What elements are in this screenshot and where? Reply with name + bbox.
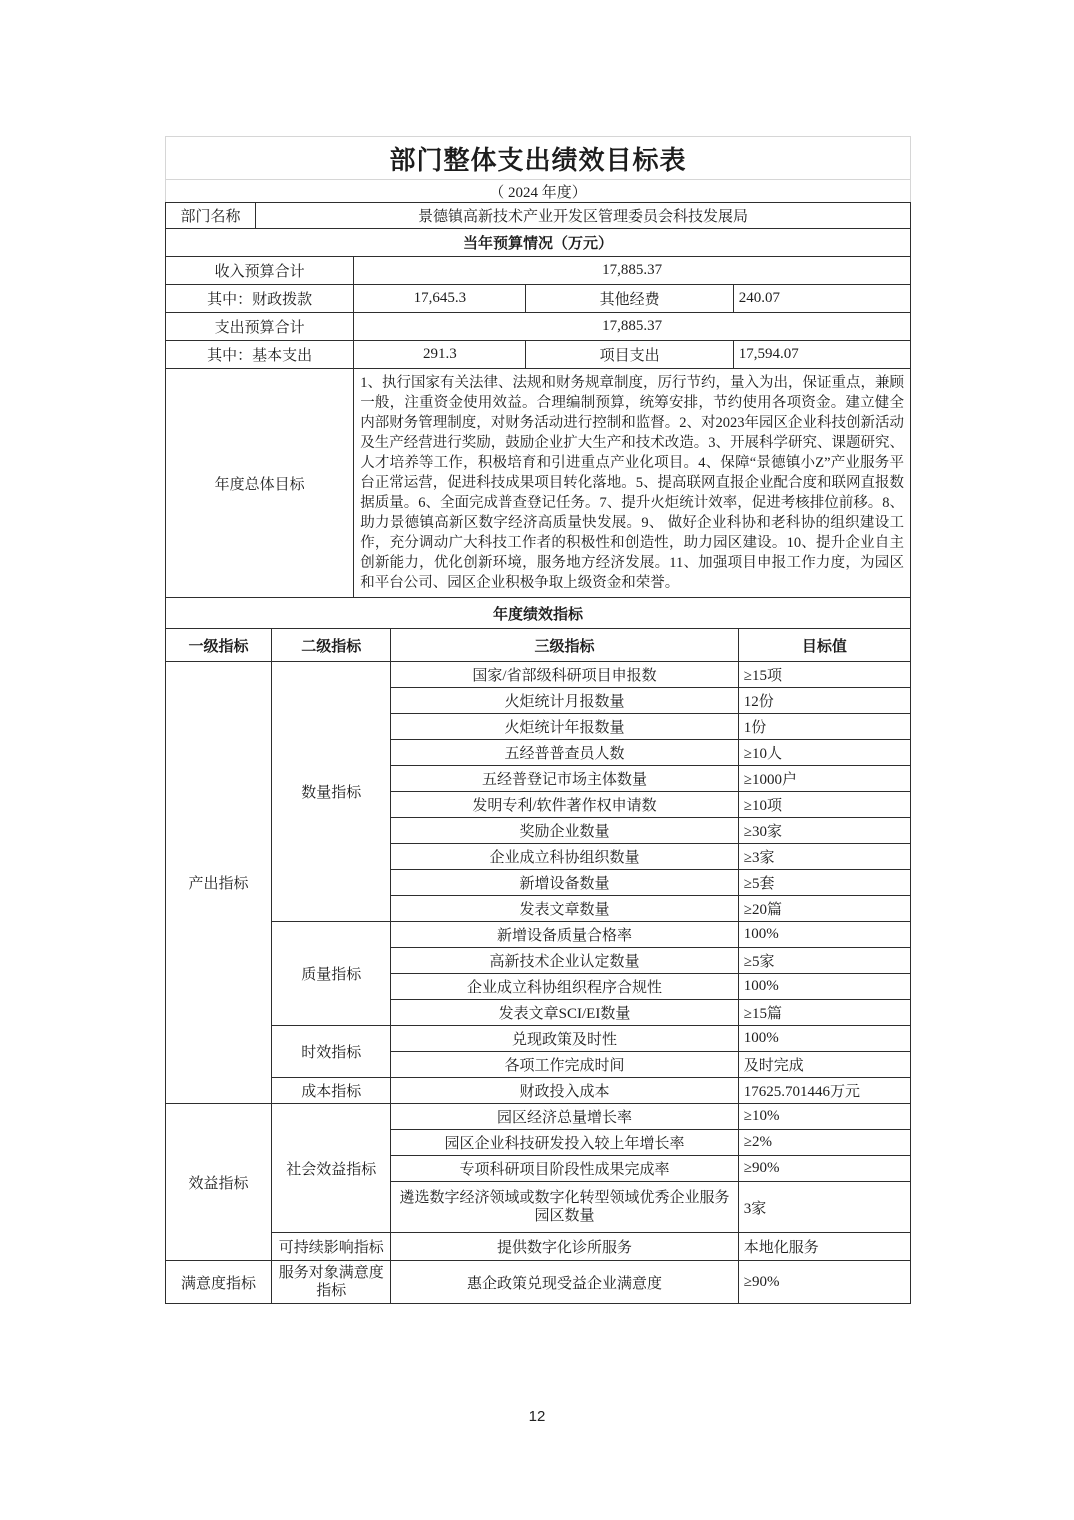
level1-benefit-cell: 效益指标 — [166, 1104, 272, 1261]
indicator-target-cell: 17625.701446万元 — [738, 1078, 910, 1104]
annual-target-text: 1、执行国家有关法律、法规和财务规章制度，厉行节约，量入为出，保证重点，兼顾一般… — [354, 369, 911, 598]
indicator-target-cell: ≥10人 — [738, 740, 910, 766]
indicator-row: 满意度指标 服务对象满意度指标 惠企政策兑现受益企业满意度 ≥90% — [166, 1261, 911, 1304]
income-total-value: 17,885.37 — [354, 257, 911, 285]
level2-sustainability-cell: 可持续影响指标 — [272, 1233, 391, 1261]
indicator-name-cell: 五经普登记市场主体数量 — [391, 766, 738, 792]
indicator-name-cell: 各项工作完成时间 — [391, 1052, 738, 1078]
indicator-name-cell: 新增设备数量 — [391, 870, 738, 896]
indicator-target-cell: ≥2% — [738, 1130, 910, 1156]
indicator-target-cell: 1份 — [738, 714, 910, 740]
header-level3: 三级指标 — [391, 629, 738, 662]
main-table: 部门名称 景德镇高新技术产业开发区管理委员会科技发展局 当年预算情况（万元） 收… — [165, 202, 911, 1304]
level1-satisfaction-cell: 满意度指标 — [166, 1261, 272, 1304]
indicators-header-row: 一级指标 二级指标 三级指标 目标值 — [166, 629, 911, 662]
budget-basic-row: 其中：基本支出 291.3 项目支出 17,594.07 — [166, 341, 911, 369]
income-total-label: 收入预算合计 — [166, 257, 354, 285]
other-funds-label: 其他经费 — [526, 285, 733, 313]
level2-cost-cell: 成本指标 — [272, 1078, 391, 1104]
indicator-name-cell: 园区经济总量增长率 — [391, 1104, 738, 1130]
level1-output-cell: 产出指标 — [166, 662, 272, 1104]
indicator-target-cell: 3家 — [738, 1182, 910, 1233]
indicator-name-cell: 兑现政策及时性 — [391, 1026, 738, 1052]
budget-section-header: 当年预算情况（万元） — [166, 229, 911, 257]
level2-social-benefit-cell: 社会效益指标 — [272, 1104, 391, 1233]
indicator-target-cell: ≥20篇 — [738, 896, 910, 922]
department-row: 部门名称 景德镇高新技术产业开发区管理委员会科技发展局 — [166, 203, 911, 229]
other-funds-value: 240.07 — [733, 285, 910, 313]
indicator-target-cell: ≥1000户 — [738, 766, 910, 792]
indicator-target-cell: 12份 — [738, 688, 910, 714]
level2-service-satisfaction-cell: 服务对象满意度指标 — [272, 1261, 391, 1304]
indicator-name-cell: 提供数字化诊所服务 — [391, 1233, 738, 1261]
indicator-target-cell: ≥3家 — [738, 844, 910, 870]
indicator-name-cell: 高新技术企业认定数量 — [391, 948, 738, 974]
indicator-target-cell: 100% — [738, 1026, 910, 1052]
budget-fiscal-row: 其中：财政拨款 17,645.3 其他经费 240.07 — [166, 285, 911, 313]
indicator-name-cell: 发表文章数量 — [391, 896, 738, 922]
indicator-name-cell: 发表文章SCI/EI数量 — [391, 1000, 738, 1026]
basic-expenditure-label: 其中：基本支出 — [166, 341, 354, 369]
indicator-row: 质量指标 新增设备质量合格率 100% — [166, 922, 911, 948]
indicators-title-row: 年度绩效指标 — [166, 598, 911, 629]
header-level1: 一级指标 — [166, 629, 272, 662]
title-block: 部门整体支出绩效目标表 （ 2024 年度） — [165, 136, 911, 202]
indicator-target-cell: ≥15项 — [738, 662, 910, 688]
project-expenditure-value: 17,594.07 — [733, 341, 910, 369]
indicator-name-cell: 惠企政策兑现受益企业满意度 — [391, 1261, 738, 1304]
indicator-target-cell: ≥30家 — [738, 818, 910, 844]
indicator-target-cell: ≥10% — [738, 1104, 910, 1130]
indicator-row: 产出指标 数量指标 国家/省部级科研项目申报数 ≥15项 — [166, 662, 911, 688]
indicator-target-cell: ≥15篇 — [738, 1000, 910, 1026]
indicators-section-title: 年度绩效指标 — [166, 598, 911, 629]
indicator-target-cell: 本地化服务 — [738, 1233, 910, 1261]
performance-target-document: 部门整体支出绩效目标表 （ 2024 年度） 部门名称 景德镇高新技术产业开发区… — [165, 136, 911, 1304]
indicator-target-cell: ≥5家 — [738, 948, 910, 974]
page-title: 部门整体支出绩效目标表 — [166, 137, 911, 180]
indicator-row: 可持续影响指标 提供数字化诊所服务 本地化服务 — [166, 1233, 911, 1261]
department-label-cell: 部门名称 — [166, 203, 256, 229]
header-target: 目标值 — [738, 629, 910, 662]
indicator-row: 时效指标 兑现政策及时性 100% — [166, 1026, 911, 1052]
fiscal-allocation-value: 17,645.3 — [354, 285, 526, 313]
page-number: 12 — [0, 1408, 1074, 1425]
fiscal-allocation-label: 其中：财政拨款 — [166, 285, 354, 313]
annual-target-row: 年度总体目标 1、执行国家有关法律、法规和财务规章制度，厉行节约，量入为出，保证… — [166, 369, 911, 598]
indicator-name-cell: 园区企业科技研发投入较上年增长率 — [391, 1130, 738, 1156]
indicator-name-cell: 发明专利/软件著作权申请数 — [391, 792, 738, 818]
expenditure-total-value: 17,885.37 — [354, 313, 911, 341]
page-subtitle: （ 2024 年度） — [166, 180, 911, 203]
expenditure-total-label: 支出预算合计 — [166, 313, 354, 341]
project-expenditure-label: 项目支出 — [526, 341, 733, 369]
indicator-target-cell: ≥10项 — [738, 792, 910, 818]
indicator-name-cell: 专项科研项目阶段性成果完成率 — [391, 1156, 738, 1182]
indicator-name-cell: 新增设备质量合格率 — [391, 922, 738, 948]
indicator-target-cell: 100% — [738, 974, 910, 1000]
indicator-target-cell: ≥5套 — [738, 870, 910, 896]
indicator-target-cell: ≥90% — [738, 1156, 910, 1182]
level2-quality-cell: 质量指标 — [272, 922, 391, 1026]
indicator-row: 效益指标 社会效益指标 园区经济总量增长率 ≥10% — [166, 1104, 911, 1130]
indicator-name-cell: 五经普普查员人数 — [391, 740, 738, 766]
indicator-row: 成本指标 财政投入成本 17625.701446万元 — [166, 1078, 911, 1104]
indicator-name-cell: 国家/省部级科研项目申报数 — [391, 662, 738, 688]
indicator-name-cell: 奖励企业数量 — [391, 818, 738, 844]
indicator-target-cell: 100% — [738, 922, 910, 948]
indicator-target-cell: 及时完成 — [738, 1052, 910, 1078]
indicator-name-cell: 火炬统计月报数量 — [391, 688, 738, 714]
annual-target-label: 年度总体目标 — [166, 369, 354, 598]
level2-quantity-cell: 数量指标 — [272, 662, 391, 922]
indicator-name-cell: 财政投入成本 — [391, 1078, 738, 1104]
basic-expenditure-value: 291.3 — [354, 341, 526, 369]
budget-header-row: 当年预算情况（万元） — [166, 229, 911, 257]
level2-timeliness-cell: 时效指标 — [272, 1026, 391, 1078]
budget-income-row: 收入预算合计 17,885.37 — [166, 257, 911, 285]
indicator-name-cell: 企业成立科协组织数量 — [391, 844, 738, 870]
header-level2: 二级指标 — [272, 629, 391, 662]
indicator-name-cell: 遴选数字经济领域或数字化转型领域优秀企业服务园区数量 — [391, 1182, 738, 1233]
department-value-cell: 景德镇高新技术产业开发区管理委员会科技发展局 — [256, 203, 911, 229]
indicator-name-cell: 火炬统计年报数量 — [391, 714, 738, 740]
indicator-name-cell: 企业成立科协组织程序合规性 — [391, 974, 738, 1000]
indicator-target-cell: ≥90% — [738, 1261, 910, 1304]
budget-expenditure-row: 支出预算合计 17,885.37 — [166, 313, 911, 341]
